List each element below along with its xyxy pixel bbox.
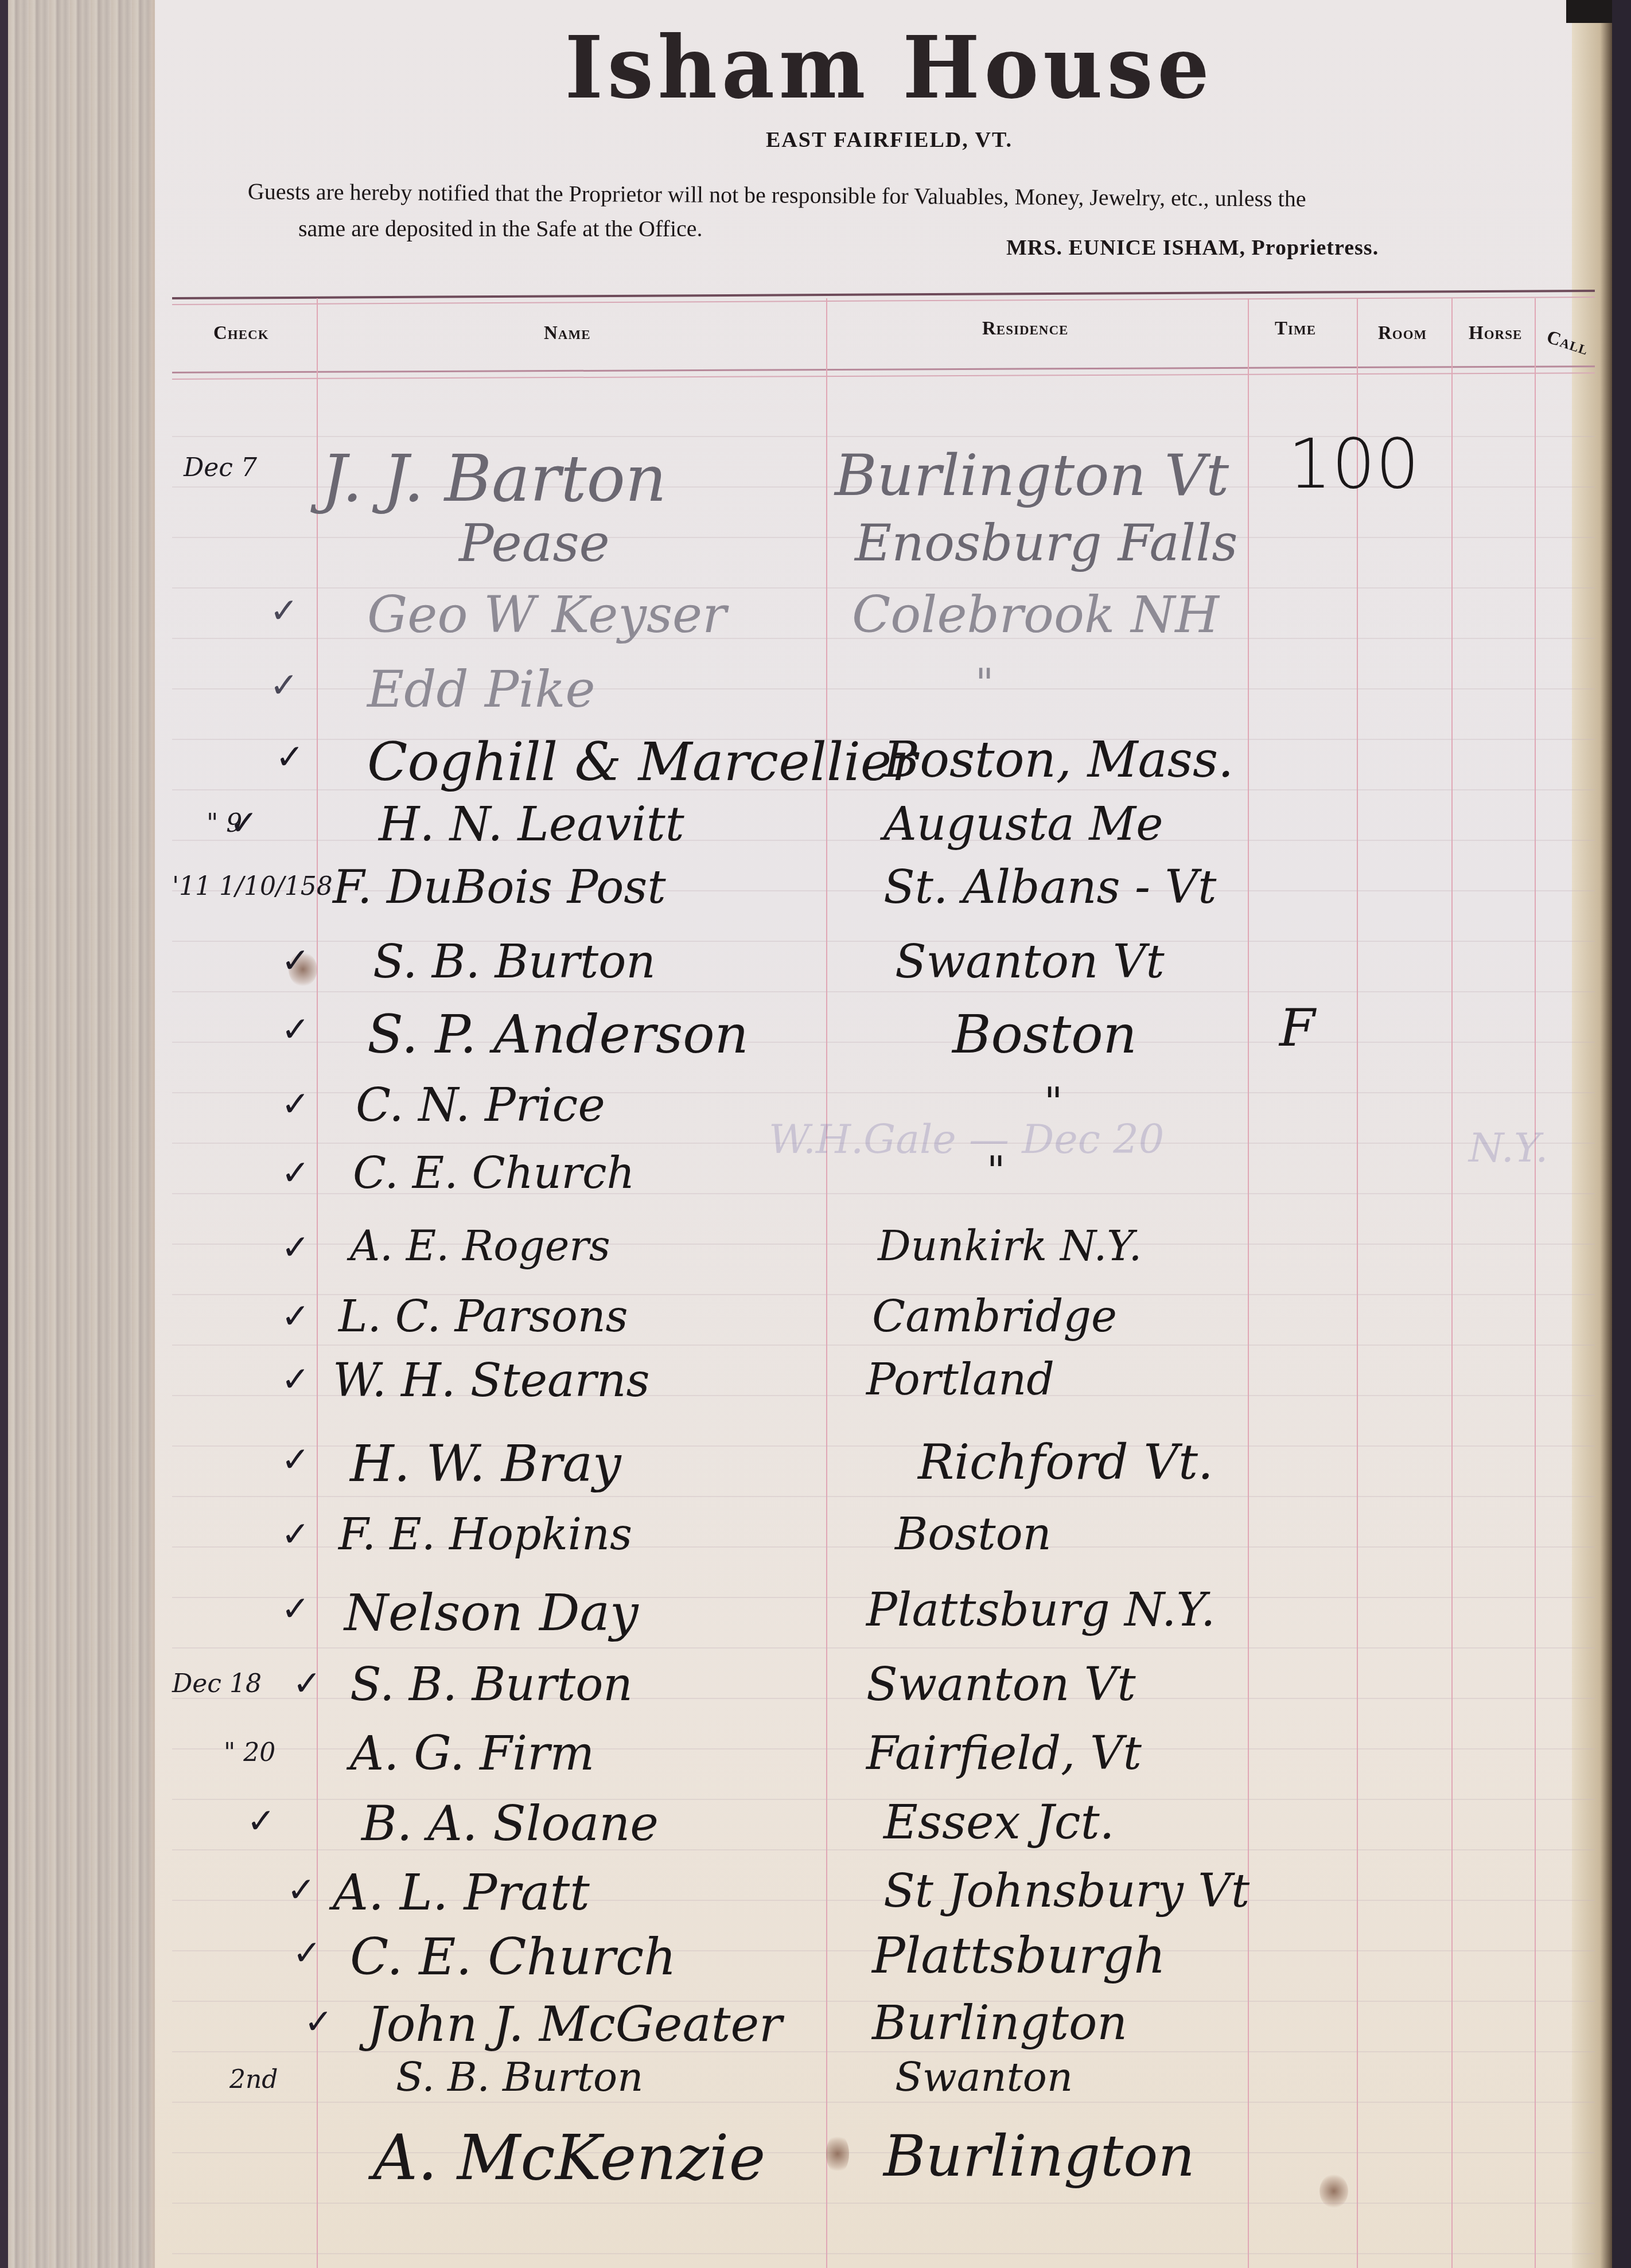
column-header-room: Room — [1378, 323, 1427, 344]
guest-residence: Richford Vt. — [918, 1434, 1213, 1490]
checkmark-icon: ✓ — [304, 2002, 333, 2042]
guest-residence: Plattsburgh — [872, 1927, 1166, 1985]
guest-name: F. DuBois Post — [333, 860, 666, 914]
guest-name: C. E. Church — [353, 1147, 635, 1198]
margin-date-note: Dec 7 — [184, 453, 257, 482]
checkmark-icon: ✓ — [281, 1440, 310, 1480]
guest-residence: Burlington Vt — [835, 442, 1229, 509]
margin-date-note: '11 1/10/158 — [172, 872, 333, 901]
checkmark-icon: ✓ — [281, 941, 310, 981]
proprietress-line: MRS. EUNICE ISHAM, Proprietress. — [1006, 235, 1379, 260]
column-header-residence: Residence — [982, 318, 1068, 340]
guest-name: A. L. Pratt — [333, 1864, 590, 1922]
guest-name: C. E. Church — [350, 1927, 676, 1986]
column-divider-horse-call — [1535, 298, 1536, 2268]
guest-residence: Colebrook NH — [852, 585, 1219, 644]
guest-residence: Boston, Mass. — [883, 731, 1233, 789]
guest-residence: St. Albans - Vt — [883, 860, 1216, 914]
checkmark-icon: ✓ — [247, 1801, 275, 1841]
guest-name: J. J. Barton — [321, 442, 667, 516]
checkmark-icon: ✓ — [293, 1663, 321, 1704]
guest-residence: Boston — [895, 1509, 1052, 1560]
page-corner-shadow — [1566, 0, 1612, 23]
guest-residence: Augusta Me — [883, 797, 1163, 851]
guest-name: H. W. Bray — [350, 1434, 621, 1493]
checkmark-icon: ✓ — [270, 591, 298, 631]
guest-name: Geo W Keyser — [367, 585, 726, 644]
hotel-location: EAST FAIRFIELD, VT. — [631, 127, 1147, 153]
guest-residence: Enosburg Falls — [855, 513, 1237, 572]
guest-residence: Essex Jct. — [883, 1795, 1115, 1850]
column-header-name: Name — [544, 323, 591, 344]
ledger-line — [172, 991, 1595, 992]
column-header-check: Check — [213, 323, 269, 344]
guest-residence: Dunkirk N.Y. — [878, 1222, 1142, 1270]
checkmark-icon: ✓ — [287, 1870, 316, 1910]
room-number: 100 — [1288, 424, 1419, 504]
checkmark-icon: ✓ — [281, 1589, 310, 1629]
guest-residence: " — [975, 660, 994, 707]
column-divider-residence-time — [1248, 298, 1249, 2268]
guest-name: A. McKenzie — [373, 2122, 765, 2194]
margin-date-note: " 20 — [224, 1738, 275, 1767]
guest-residence: Swanton Vt — [866, 1658, 1136, 1711]
guest-name: Coghill & Marcellier — [367, 731, 917, 793]
checkmark-icon: ✓ — [281, 1359, 310, 1400]
guest-name: L. C. Parsons — [338, 1291, 628, 1342]
hotel-title: Isham House — [508, 17, 1271, 118]
guest-name: C. N. Price — [356, 1078, 605, 1132]
column-header-horse: Horse — [1469, 323, 1522, 344]
bleed-through-text: W.H.Gale — Dec 20 — [769, 1116, 1164, 1163]
checkmark-icon: ✓ — [281, 1296, 310, 1336]
guest-residence: Burlington — [883, 2122, 1195, 2189]
guest-name: Nelson Day — [344, 1583, 639, 1642]
guest-name: S. B. Burton — [373, 935, 656, 988]
guest-name: H. N. Leavitt — [379, 797, 684, 852]
guest-residence: Plattsburg N.Y. — [866, 1583, 1215, 1636]
stain-spot — [826, 2134, 849, 2174]
stain-spot-2 — [1319, 2174, 1348, 2208]
guest-name: Pease — [459, 513, 610, 574]
margin-date-note: 2nd — [229, 2065, 278, 2094]
guest-residence: " — [1044, 1078, 1062, 1125]
guest-residence: Boston — [952, 1004, 1137, 1065]
checkmark-icon: ✓ — [293, 1933, 321, 1973]
checkmark-icon: ✓ — [281, 1010, 310, 1050]
book-page-edges — [0, 0, 164, 2268]
checkmark-icon: ✓ — [275, 737, 304, 777]
ledger-line — [172, 1345, 1595, 1346]
checkmark-icon: ✓ — [270, 665, 298, 706]
guest-name: S. B. Burton — [396, 2053, 643, 2101]
guest-residence: St Johnsbury Vt — [883, 1864, 1249, 1918]
call-mark: F — [1279, 998, 1315, 1058]
guest-name: S. B. Burton — [350, 1658, 633, 1711]
guest-name: S. P. Anderson — [367, 1004, 749, 1065]
column-divider-time-room — [1357, 298, 1358, 2268]
checkmark-icon: ✓ — [281, 1227, 310, 1268]
ledger-line — [172, 1496, 1595, 1497]
checkmark-icon: ✓ — [281, 1084, 310, 1124]
guest-residence: Burlington — [872, 1996, 1127, 2051]
ledger-line — [172, 2102, 1595, 2103]
margin-date-note: Dec 18 — [172, 1669, 262, 1698]
ledger-line — [172, 2203, 1595, 2204]
guest-residence: Fairfield, Vt — [866, 1727, 1142, 1780]
guest-name: F. E. Hopkins — [338, 1509, 632, 1560]
bleed-through-text-right: N.Y. — [1469, 1124, 1548, 1171]
ledger-line — [172, 1647, 1595, 1649]
guest-name: A. E. Rogers — [350, 1222, 610, 1270]
notice-line-2: same are deposited in the Safe at the Of… — [298, 215, 703, 242]
guest-name: John J. McGeater — [367, 1996, 782, 2052]
checkmark-icon: ✓ — [229, 803, 258, 843]
checkmark-icon: ✓ — [281, 1514, 310, 1554]
guest-residence: Portland — [866, 1354, 1054, 1405]
guest-name: B. A. Sloane — [361, 1795, 659, 1852]
ledger-line — [172, 2253, 1595, 2254]
checkmark-icon: ✓ — [281, 1153, 310, 1193]
column-divider-room-horse — [1451, 298, 1453, 2268]
guest-name: A. G. Firm — [350, 1727, 594, 1781]
guest-name: Edd Pike — [367, 660, 595, 719]
guest-residence: Swanton Vt — [895, 935, 1165, 988]
guest-residence: Swanton — [895, 2053, 1073, 2101]
guest-residence: " — [987, 1147, 1005, 1194]
guest-residence: Cambridge — [872, 1291, 1117, 1342]
column-header-time: Time — [1275, 318, 1316, 340]
guest-name: W. H. Stearns — [333, 1354, 650, 1407]
column-divider-name-residence — [826, 298, 827, 2268]
